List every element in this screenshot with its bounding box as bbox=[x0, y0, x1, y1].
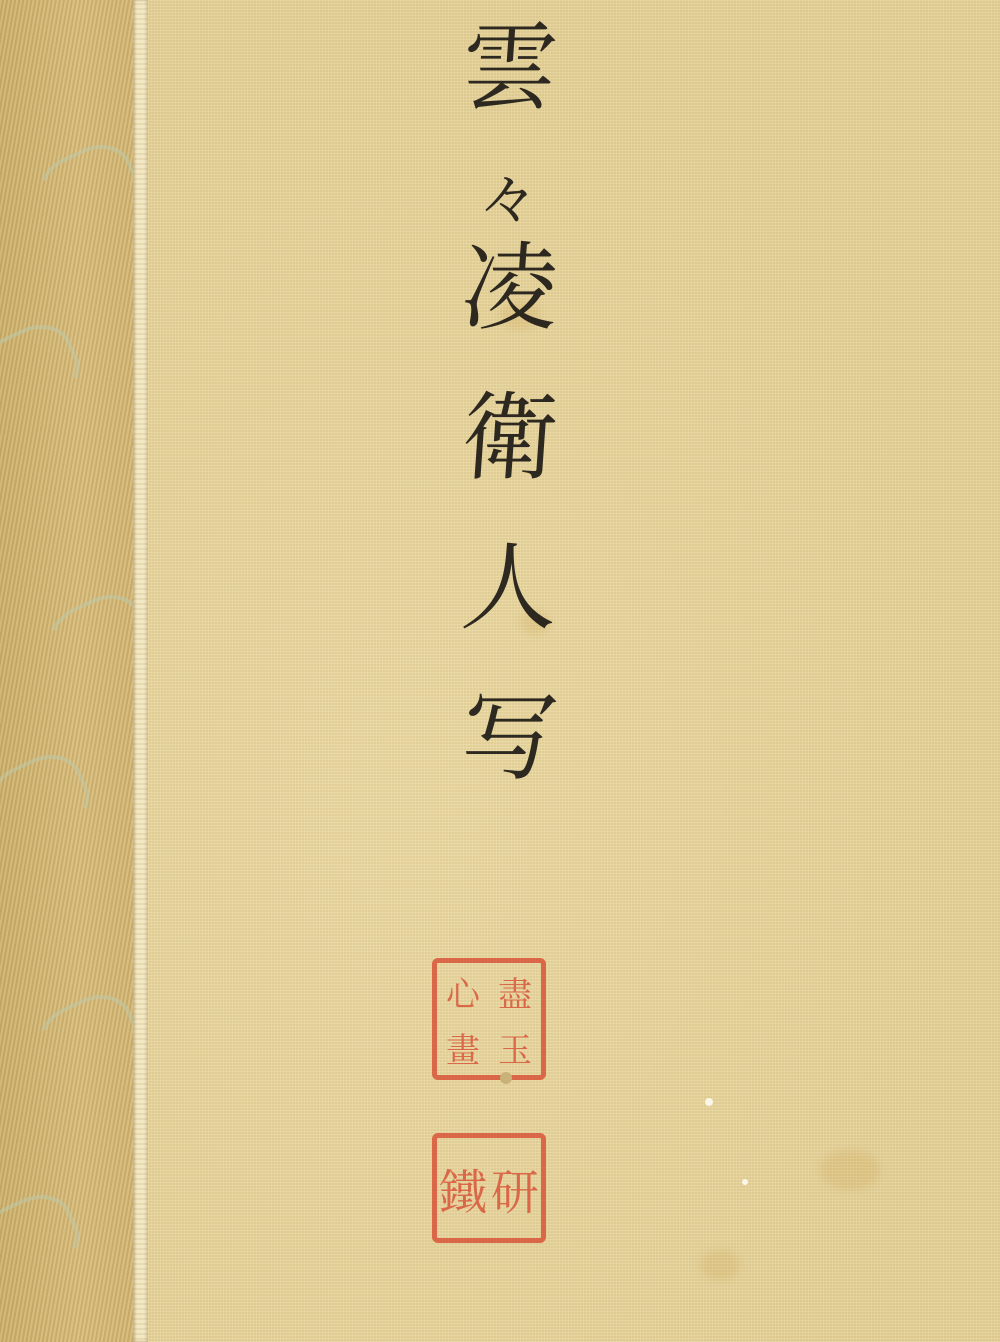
inscription-char: 凌 bbox=[455, 240, 561, 390]
seal-glyph: 鐵 bbox=[439, 1154, 487, 1223]
inscription-char: 々 bbox=[476, 170, 541, 240]
inscription-char: 写 bbox=[455, 690, 561, 840]
foxing-stain bbox=[820, 1150, 880, 1190]
scroll-edge-strip bbox=[133, 0, 148, 1342]
brocade-motif bbox=[0, 743, 100, 855]
brocade-border bbox=[0, 0, 133, 1342]
foxing-stain bbox=[700, 1250, 740, 1280]
paint-speck bbox=[500, 1072, 512, 1084]
seal-glyph: 畫 bbox=[446, 1023, 480, 1072]
brocade-motif bbox=[0, 1183, 90, 1295]
seal-glyph: 盡 bbox=[498, 967, 532, 1016]
paint-speck bbox=[742, 1179, 748, 1185]
inscription-char: 人 bbox=[455, 540, 561, 690]
red-seal-upper: 心 盡 畫 玉 bbox=[432, 958, 546, 1080]
paint-speck bbox=[705, 1098, 713, 1106]
silk-panel bbox=[148, 0, 1000, 1342]
brocade-motif bbox=[28, 133, 150, 245]
red-seal-lower: 鐵 研 bbox=[432, 1133, 546, 1243]
seal-glyph: 玉 bbox=[498, 1023, 532, 1072]
inscription-char: 衛 bbox=[455, 390, 561, 540]
signature-inscription: 雲 々 凌 衛 人 写 bbox=[448, 20, 568, 840]
seal-glyph: 研 bbox=[491, 1154, 539, 1223]
brocade-motif bbox=[28, 983, 150, 1095]
inscription-char: 雲 bbox=[455, 20, 561, 170]
seal-glyph: 心 bbox=[446, 967, 480, 1016]
brocade-motif bbox=[0, 313, 90, 425]
